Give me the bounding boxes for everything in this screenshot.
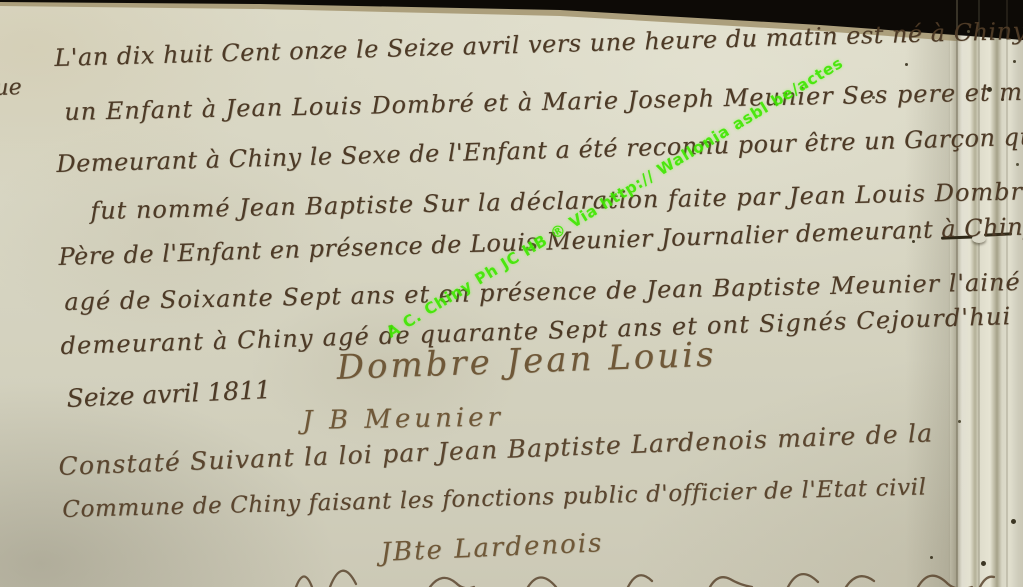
ink-specks (0, 0, 3, 3)
signature-mayor: JBte Lardenois (380, 528, 604, 568)
record-line-2: un Enfant à Jean Louis Dombré et à Marie… (64, 77, 1023, 126)
cutoff-next-record-strokes (290, 564, 1000, 587)
signature-witness: J B Meunier (302, 402, 504, 436)
record-line-3: Demeurant à Chiny le Sexe de l'Enfant a … (56, 122, 1023, 178)
register-page-photo: ue L'an dix huit Cent onze le Seize avri… (0, 0, 1023, 587)
record-line-1: L'an dix huit Cent onze le Seize avril v… (54, 17, 1023, 72)
closing-line-2: Commune de Chiny faisant les fonctions p… (62, 474, 927, 523)
margin-word-fragment: ue (0, 75, 22, 101)
record-date-line: Seize avril 1811 (66, 375, 271, 413)
